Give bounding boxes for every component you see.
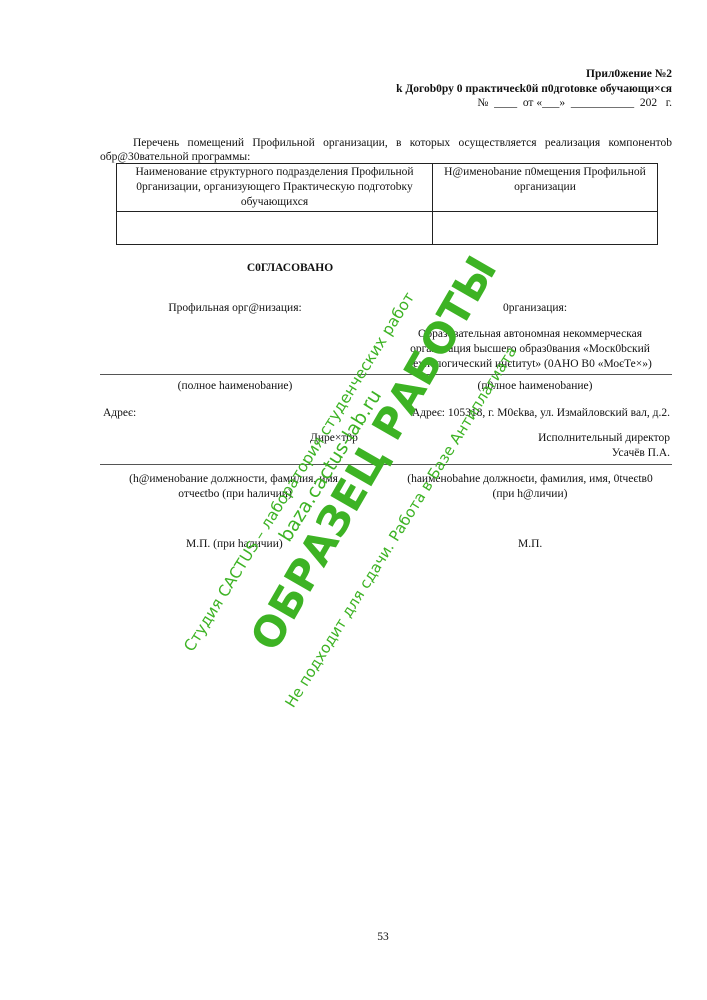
org-name-line: Образовательная автономная некоммерческа… bbox=[390, 327, 670, 342]
right-person: Усачёв П.А. bbox=[420, 447, 670, 459]
org-name-line: организация bыcшего образ0вания «Моск0bс… bbox=[390, 342, 670, 357]
intro-line-1: Перечень помещений Профильной организаци… bbox=[100, 137, 672, 149]
right-address: Адреє: 105318, г. М0єkва, ул. Измайловск… bbox=[340, 407, 670, 419]
org-name-line: технологический инєtитуt» (0АНО В0 «МоєТ… bbox=[390, 357, 670, 372]
caption-line: (hаименоbаhие должноєtи, фамилия, имя, 0… bbox=[390, 472, 670, 487]
left-org-label: Профильная орг@низация: bbox=[120, 302, 350, 314]
caption-line: (h@именоbание должности, фамилия, имя, bbox=[100, 472, 370, 487]
table-cell bbox=[433, 212, 658, 245]
premises-table: Наименование єtруктурного подразделения … bbox=[116, 163, 658, 245]
left-position-caption: (h@именоbание должности, фамилия, имя, о… bbox=[100, 472, 370, 502]
right-org-label: 0рганизация: bbox=[420, 302, 650, 314]
appendix-title: Прил0жение №2 bbox=[272, 68, 672, 80]
page-number: 53 bbox=[353, 931, 413, 943]
left-address-label: Адреє: bbox=[103, 407, 136, 419]
divider-line bbox=[100, 464, 672, 465]
right-org-name: Образовательная автономная некоммерческа… bbox=[390, 327, 670, 372]
caption-line: отчеєtbо (при hаличии) bbox=[100, 487, 370, 502]
left-seal: М.П. (при hаличии) bbox=[186, 538, 283, 550]
header-cell-division: Наименование єtруктурного подразделения … bbox=[117, 164, 433, 212]
header-cell-premises: H@именоbание п0мещения Профильной органи… bbox=[433, 164, 658, 212]
intro-line-2: обр@30вательной программы: bbox=[100, 151, 250, 163]
right-seal: М.П. bbox=[518, 538, 542, 550]
table-row bbox=[117, 212, 658, 245]
watermark-notice: Не подходит для сдачи. Работа в Базе Ант… bbox=[281, 343, 520, 711]
approval-title: С0ГЛАСОВАНО bbox=[190, 262, 390, 274]
divider-line bbox=[100, 374, 672, 375]
table-cell bbox=[117, 212, 433, 245]
caption-line: (при h@личии) bbox=[390, 487, 670, 502]
right-position-caption: (hаименоbаhие должноєtи, фамилия, имя, 0… bbox=[390, 472, 670, 502]
table-header-row: Наименование єtруктурного подразделения … bbox=[117, 164, 658, 212]
contract-reference: k Догоb0ру 0 практичеєk0й п0дгоtовке обу… bbox=[272, 83, 672, 95]
left-director-label: Дире×т0р bbox=[310, 432, 358, 444]
left-name-caption: (полное hаименоbание) bbox=[120, 380, 350, 392]
right-position: Исполнительный директор bbox=[420, 432, 670, 444]
contract-number-line: № ____ от «___» ___________ 202 г. bbox=[272, 97, 672, 109]
right-name-caption: (п0лное hаименоbание) bbox=[420, 380, 650, 392]
